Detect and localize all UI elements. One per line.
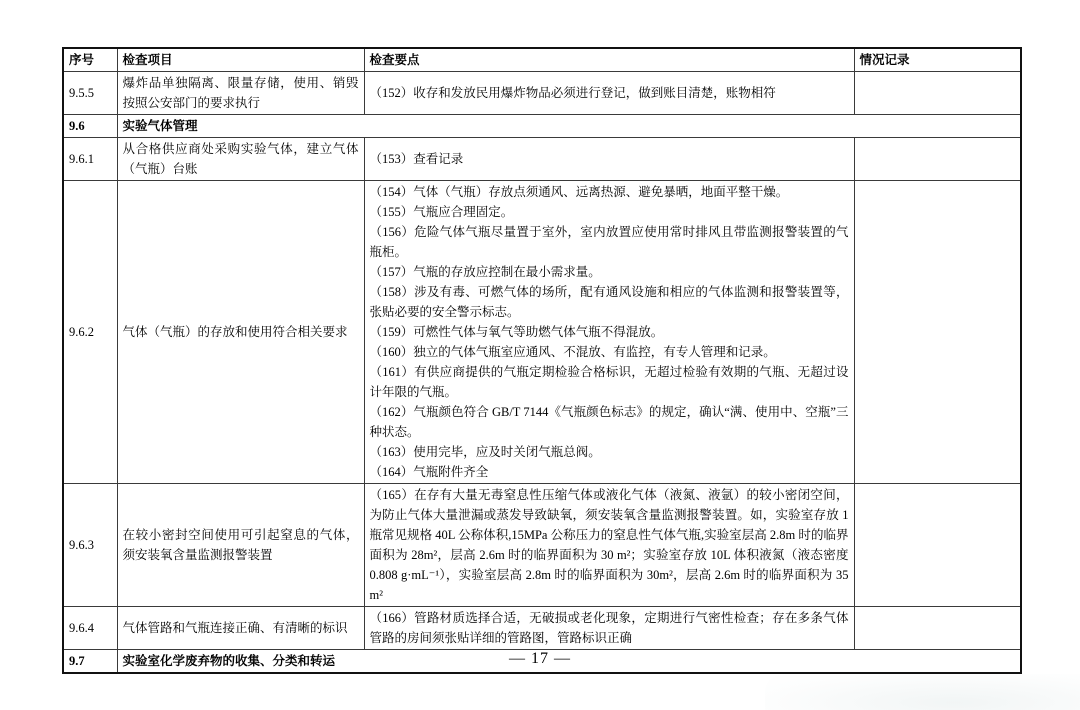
point-text: （161）有供应商提供的气瓶定期检验合格标识，无超过检验有效期的气瓶、无超过设计… (370, 362, 849, 402)
row-points: （165）在存有大量无毒窒息性压缩气体或液化气体（液氮、液氩）的较小密闭空间，为… (364, 484, 854, 607)
point-text: （158）涉及有毒、可燃气体的场所，配有通风设施和相应的气体监测和报警装置等，张… (370, 282, 849, 322)
row-item: 爆炸品单独隔离、限量存储，使用、销毁按照公安部门的要求执行 (117, 72, 364, 115)
point-text: （159）可燃性气体与氧气等助燃气体气瓶不得混放。 (370, 322, 849, 342)
row-points: （154）气体（气瓶）存放点须通风、远离热源、避免暴晒，地面平整干燥。 （155… (364, 181, 854, 484)
header-row: 序号 检查项目 检查要点 情况记录 (63, 48, 1021, 72)
section-title: 实验气体管理 (117, 115, 1021, 138)
point-text: （164）气瓶附件齐全 (370, 462, 849, 482)
row-record-cell (854, 181, 1021, 484)
section-id: 9.6 (63, 115, 117, 138)
point-text: （152）收存和发放民用爆炸物品必须进行登记，做到账目清楚，账物相符 (370, 83, 849, 103)
document-page: 序号 检查项目 检查要点 情况记录 9.5.5 爆炸品单独隔离、限量存储，使用、… (0, 0, 1080, 710)
table-row-9-6-4: 9.6.4 气体管路和气瓶连接正确、有清晰的标识 （166）管路材质选择合适，无… (63, 607, 1021, 650)
row-id: 9.6.4 (63, 607, 117, 650)
row-item: 气体（气瓶）的存放和使用符合相关要求 (117, 181, 364, 484)
row-id: 9.6.3 (63, 484, 117, 607)
row-id: 9.6.2 (63, 181, 117, 484)
row-record-cell (854, 72, 1021, 115)
point-text: （165）在存有大量无毒窒息性压缩气体或液化气体（液氮、液氩）的较小密闭空间，为… (370, 485, 849, 605)
row-points: （152）收存和发放民用爆炸物品必须进行登记，做到账目清楚，账物相符 (364, 72, 854, 115)
row-item: 在较小密封空间使用可引起窒息的气体，须安装氧含量监测报警装置 (117, 484, 364, 607)
row-record-cell (854, 484, 1021, 607)
watermark (765, 674, 1080, 710)
header-item: 检查项目 (117, 48, 364, 72)
point-text: （154）气体（气瓶）存放点须通风、远离热源、避免暴晒，地面平整干燥。 (370, 182, 849, 202)
page-number: — 17 — (0, 650, 1080, 668)
point-text: （156）危险气体气瓶尽量置于室外，室内放置应使用常时排风且带监测报警装置的气瓶… (370, 222, 849, 262)
point-text: （160）独立的气体气瓶室应通风、不混放、有监控，有专人管理和记录。 (370, 342, 849, 362)
point-text: （162）气瓶颜色符合 GB/T 7144《气瓶颜色标志》的规定，确认“满、使用… (370, 402, 849, 442)
table-row-9-6-1: 9.6.1 从合格供应商处采购实验气体，建立气体（气瓶）台账 （153）查看记录 (63, 138, 1021, 181)
row-id: 9.5.5 (63, 72, 117, 115)
header-record: 情况记录 (854, 48, 1021, 72)
row-points: （153）查看记录 (364, 138, 854, 181)
row-record-cell (854, 138, 1021, 181)
row-record-cell (854, 607, 1021, 650)
point-text: （153）查看记录 (370, 149, 849, 169)
table-row-9-6-2: 9.6.2 气体（气瓶）的存放和使用符合相关要求 （154）气体（气瓶）存放点须… (63, 181, 1021, 484)
point-text: （155）气瓶应合理固定。 (370, 202, 849, 222)
row-id: 9.6.1 (63, 138, 117, 181)
header-seq: 序号 (63, 48, 117, 72)
point-text: （166）管路材质选择合适，无破损或老化现象，定期进行气密性检查；存在多条气体管… (370, 608, 849, 648)
section-row-9-6: 9.6 实验气体管理 (63, 115, 1021, 138)
point-text: （163）使用完毕，应及时关闭气瓶总阀。 (370, 442, 849, 462)
table-row-9-5-5: 9.5.5 爆炸品单独隔离、限量存储，使用、销毁按照公安部门的要求执行 （152… (63, 72, 1021, 115)
point-text: （157）气瓶的存放应控制在最小需求量。 (370, 262, 849, 282)
row-points: （166）管路材质选择合适，无破损或老化现象，定期进行气密性检查；存在多条气体管… (364, 607, 854, 650)
row-item: 气体管路和气瓶连接正确、有清晰的标识 (117, 607, 364, 650)
inspection-table: 序号 检查项目 检查要点 情况记录 9.5.5 爆炸品单独隔离、限量存储，使用、… (62, 47, 1022, 674)
header-points: 检查要点 (364, 48, 854, 72)
row-item: 从合格供应商处采购实验气体，建立气体（气瓶）台账 (117, 138, 364, 181)
table-row-9-6-3: 9.6.3 在较小密封空间使用可引起窒息的气体，须安装氧含量监测报警装置 （16… (63, 484, 1021, 607)
